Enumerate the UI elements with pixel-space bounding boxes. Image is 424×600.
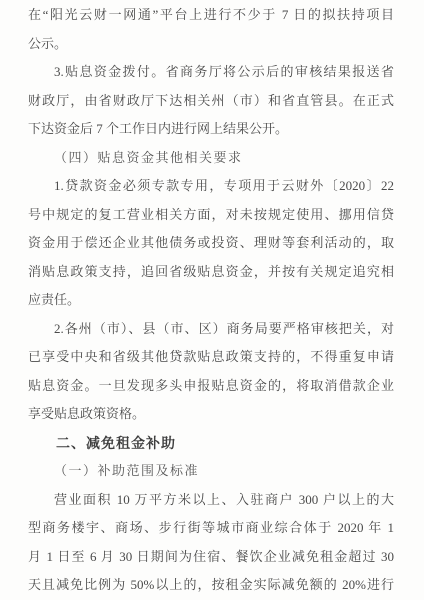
doc-line: 公示。 [28,30,394,59]
doc-line: 型商务楼宇、商场、步行街等城市商业综合体于 2020 年 1 [28,514,394,543]
doc-line: 号中规定的复工营业相关方面，对未按规定使用、挪用信贷 [28,201,394,230]
doc-line: 月 1 日至 6 月 30 日期间为住宿、餐饮企业减免租金超过 30 [28,543,394,572]
doc-line: 已享受中央和省级其他贷款贴息政策支持的，不得重复申请 [28,343,394,372]
subsection-heading: （四）贴息资金其他相关要求 [28,144,394,173]
subsection-heading: （一）补助范围及标准 [28,457,394,486]
doc-line: 在“阳光云财一网通”平台上进行不少于 7 日的拟扶持项目 [28,1,394,30]
doc-line: 下达资金后 7 个工作日内进行网上结果公开。 [28,115,394,144]
doc-line: 1.贷款资金必须专款专用，专项用于云财外〔2020〕22 [28,172,394,201]
doc-line: 2.各州（市）、县（市、区）商务局要严格审核把关，对 [28,315,394,344]
document-body: 在“阳光云财一网通”平台上进行不少于 7 日的拟扶持项目 公示。 3.贴息资金拨… [28,1,394,600]
doc-line: 贴息资金。一旦发现多头申报贴息资金的，将取消借款企业 [28,372,394,401]
doc-line: 资金用于偿还企业其他债务或投资、理财等套利活动的，取 [28,229,394,258]
doc-line: 享受贴息政策资格。 [28,400,394,429]
doc-line: 应责任。 [28,286,394,315]
doc-line: 财政厅，由省财政厅下达相关州（市）和省直管县。在正式 [28,87,394,116]
doc-line: 营业面积 10 万平方米以上、入驻商户 300 户以上的大 [28,486,394,515]
doc-line: 3.贴息资金拨付。省商务厅将公示后的审核结果报送省 [28,58,394,87]
document-page: 在“阳光云财一网通”平台上进行不少于 7 日的拟扶持项目 公示。 3.贴息资金拨… [0,0,424,600]
section-heading: 二、减免租金补助 [28,429,394,458]
doc-line: 天且减免比例为 50%以上的，按租金实际减免额的 20%进行 [28,571,394,600]
doc-line: 消贴息政策支持，追回省级贴息资金，并按有关规定追究相 [28,258,394,287]
